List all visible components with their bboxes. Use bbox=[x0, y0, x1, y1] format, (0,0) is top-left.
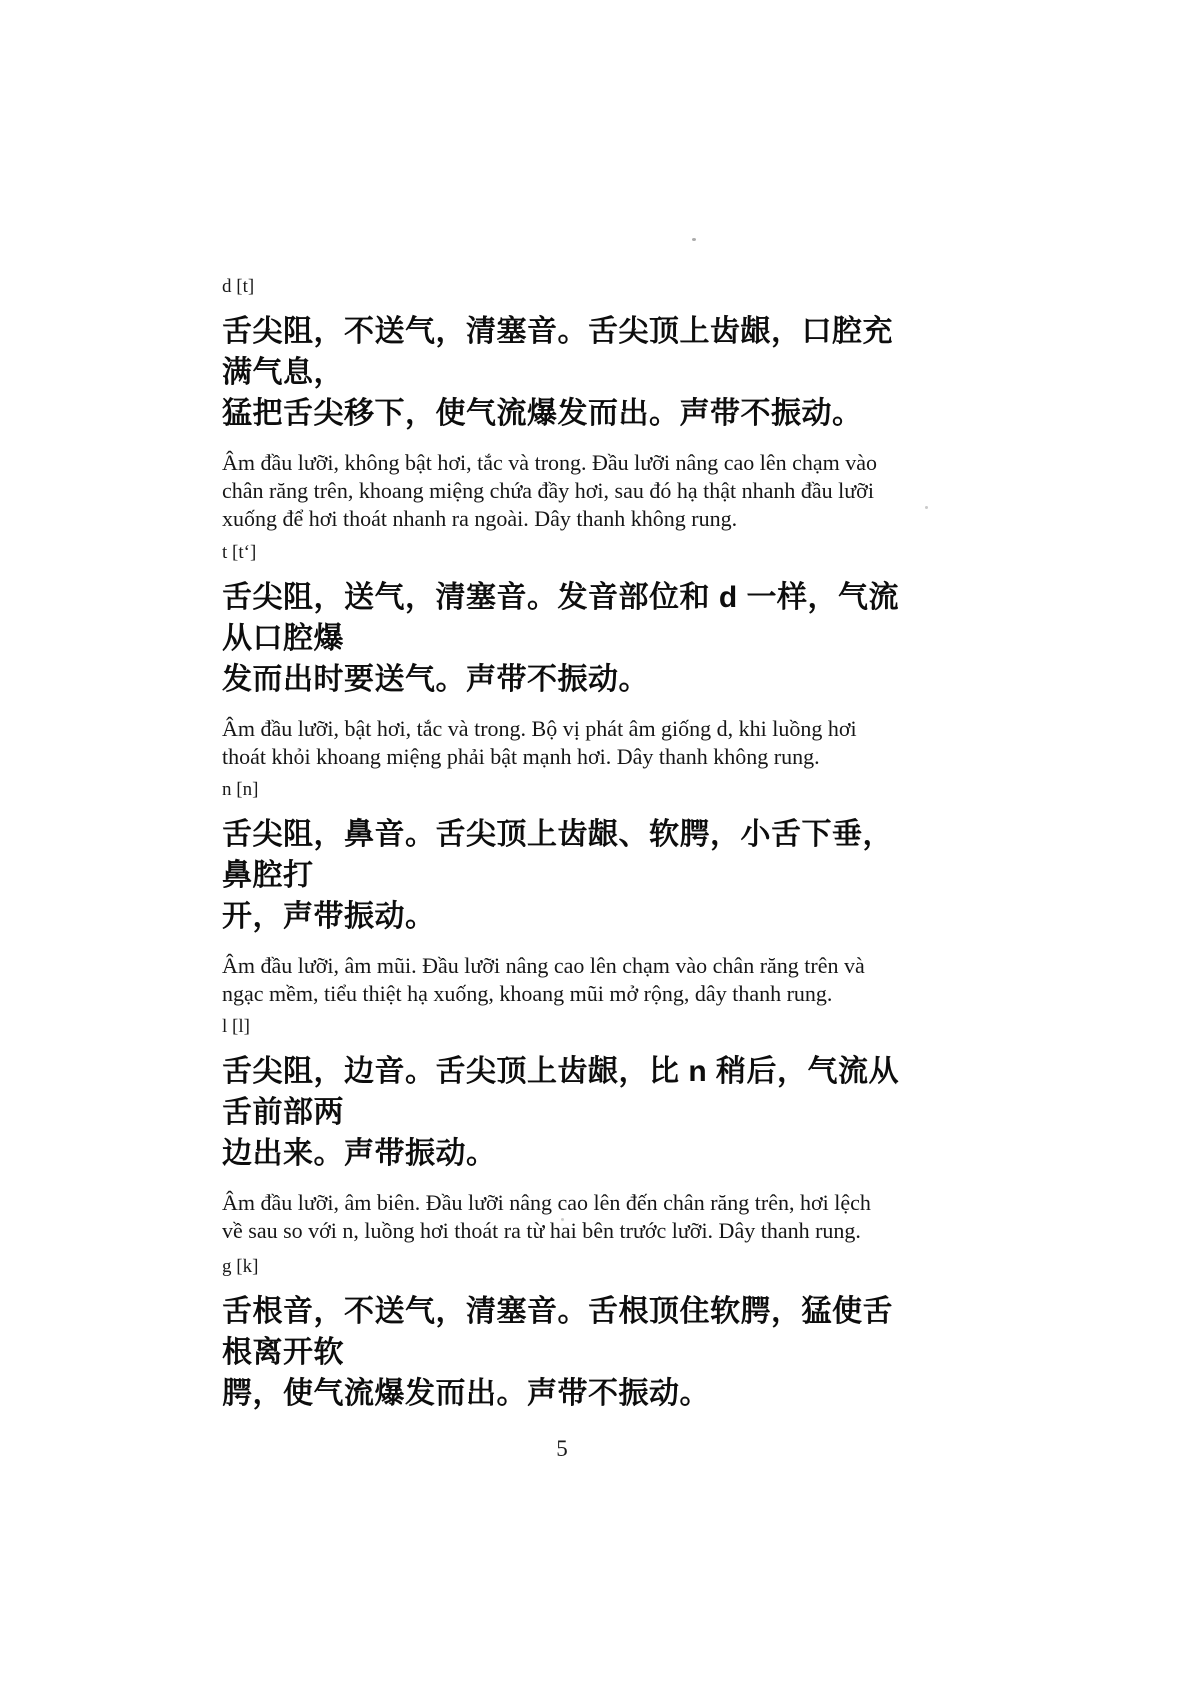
section-d: d [t] 舌尖阻，不送气，清塞音。舌尖顶上齿龈，口腔充满气息， 猛把舌尖移下，… bbox=[222, 277, 922, 533]
scan-speck bbox=[561, 1218, 564, 1221]
chinese-description-g: 舌根音，不送气，清塞音。舌根顶住软腭，猛使舌根离开软 腭，使气流爆发而出。声带不… bbox=[222, 1291, 922, 1414]
section-n: n [n] 舌尖阻，鼻音。舌尖顶上齿龈、软腭，小舌下垂，鼻腔打 开，声带振动。 … bbox=[222, 780, 922, 1008]
chinese-description-t: 舌尖阻，送气，清塞音。发音部位和 d 一样，气流从口腔爆 发而出时要送气。声带不… bbox=[222, 577, 922, 700]
phoneme-label-t: t [t‘] bbox=[222, 543, 922, 563]
chinese-description-l: 舌尖阻，边音。舌尖顶上齿龈，比 n 稍后，气流从舌前部两 边出来。声带振动。 bbox=[222, 1051, 922, 1174]
document-page: d [t] 舌尖阻，不送气，清塞音。舌尖顶上齿龈，口腔充满气息， 猛把舌尖移下，… bbox=[0, 0, 1191, 1683]
page-number: 5 bbox=[552, 1436, 572, 1462]
vietnamese-description-l: Âm đầu lưỡi, âm biên. Đầu lưỡi nâng cao … bbox=[222, 1189, 922, 1245]
section-g: g [k] 舌根音，不送气，清塞音。舌根顶住软腭，猛使舌根离开软 腭，使气流爆发… bbox=[222, 1257, 922, 1414]
vietnamese-description-t: Âm đầu lưỡi, bật hơi, tắc và trong. Bộ v… bbox=[222, 715, 922, 771]
scan-speck bbox=[692, 238, 696, 241]
phoneme-label-l: l [l] bbox=[222, 1017, 922, 1037]
phoneme-label-n: n [n] bbox=[222, 780, 922, 800]
chinese-description-n: 舌尖阻，鼻音。舌尖顶上齿龈、软腭，小舌下垂，鼻腔打 开，声带振动。 bbox=[222, 814, 922, 937]
phoneme-label-g: g [k] bbox=[222, 1257, 922, 1277]
section-l: l [l] 舌尖阻，边音。舌尖顶上齿龈，比 n 稍后，气流从舌前部两 边出来。声… bbox=[222, 1017, 922, 1245]
section-t: t [t‘] 舌尖阻，送气，清塞音。发音部位和 d 一样，气流从口腔爆 发而出时… bbox=[222, 543, 922, 771]
chinese-description-d: 舌尖阻，不送气，清塞音。舌尖顶上齿龈，口腔充满气息， 猛把舌尖移下，使气流爆发而… bbox=[222, 311, 922, 434]
phoneme-label-d: d [t] bbox=[222, 277, 922, 297]
scan-speck bbox=[925, 506, 928, 509]
vietnamese-description-n: Âm đầu lưỡi, âm mũi. Đầu lưỡi nâng cao l… bbox=[222, 952, 922, 1008]
vietnamese-description-d: Âm đầu lưỡi, không bật hơi, tắc và trong… bbox=[222, 449, 922, 533]
